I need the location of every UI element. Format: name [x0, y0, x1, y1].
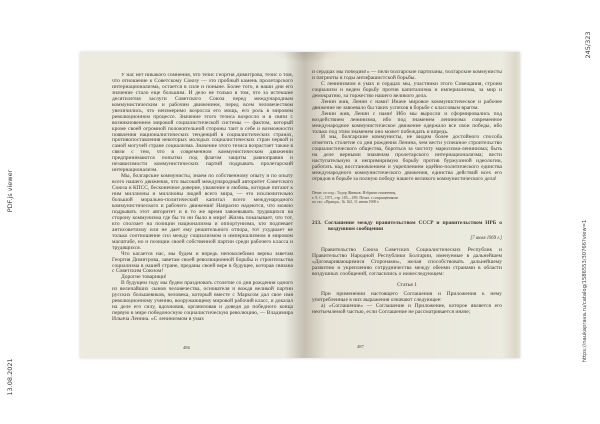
text-block-para: Что касается нас, мы будем и впредь непо… — [112, 252, 293, 276]
right-page-number: 487 — [357, 344, 364, 349]
print-header-title: PDF.js viewer — [6, 170, 14, 213]
left-page-text: У нас нет никакого сомнения, что тезис Г… — [112, 73, 293, 358]
text-block-para: а) «Соглашение» — Соглашение и Приложени… — [312, 304, 502, 316]
text-block-para: Ленин жив, Ленин с нами! Ибо мы выросли … — [312, 112, 502, 136]
print-footer-page-indicator: 245/323 — [584, 31, 592, 58]
text-block-article-head: Статья 1 — [312, 283, 502, 289]
text-block-para: Правительство Союза Советских Социалисти… — [312, 248, 502, 278]
print-footer-url: https://naukaprava.ru/catalog/1586553/30… — [582, 220, 588, 363]
left-page-number: 486 — [183, 345, 190, 350]
text-block-para: У нас нет никакого сомнения, что тезис Г… — [112, 73, 293, 174]
text-block-para: В будущем году мы будем праздновать стол… — [112, 281, 293, 323]
print-header-date: 13.08.2021 — [6, 358, 14, 395]
text-block-dateline: [7 июля 1969 г.] — [312, 236, 502, 242]
printed-pdf-page: { "print_margins": { "title": "PDF.js vi… — [0, 0, 600, 424]
book-scan: У нас нет никакого сомнения, что тезис Г… — [80, 52, 520, 358]
right-page-text: и сердцах мы победим!» — пели болгарские… — [312, 70, 502, 352]
text-block-para: Ленин жив, Ленин с нами! Иначе мировое к… — [312, 100, 502, 112]
text-block-citation: Печат. по изд.: Тодор Живков. Избрани съ… — [312, 191, 398, 205]
text-block-para: Мы, болгарские коммунисты, знаем по собс… — [112, 174, 293, 251]
text-block-para: С ленинизмом в умах и сердцах мы, участн… — [312, 82, 502, 100]
text-block-heading: 213. Соглашение между правительством ССС… — [312, 220, 502, 232]
text-block-para: И мы, болгарские коммунисты, не видим бо… — [312, 135, 502, 183]
